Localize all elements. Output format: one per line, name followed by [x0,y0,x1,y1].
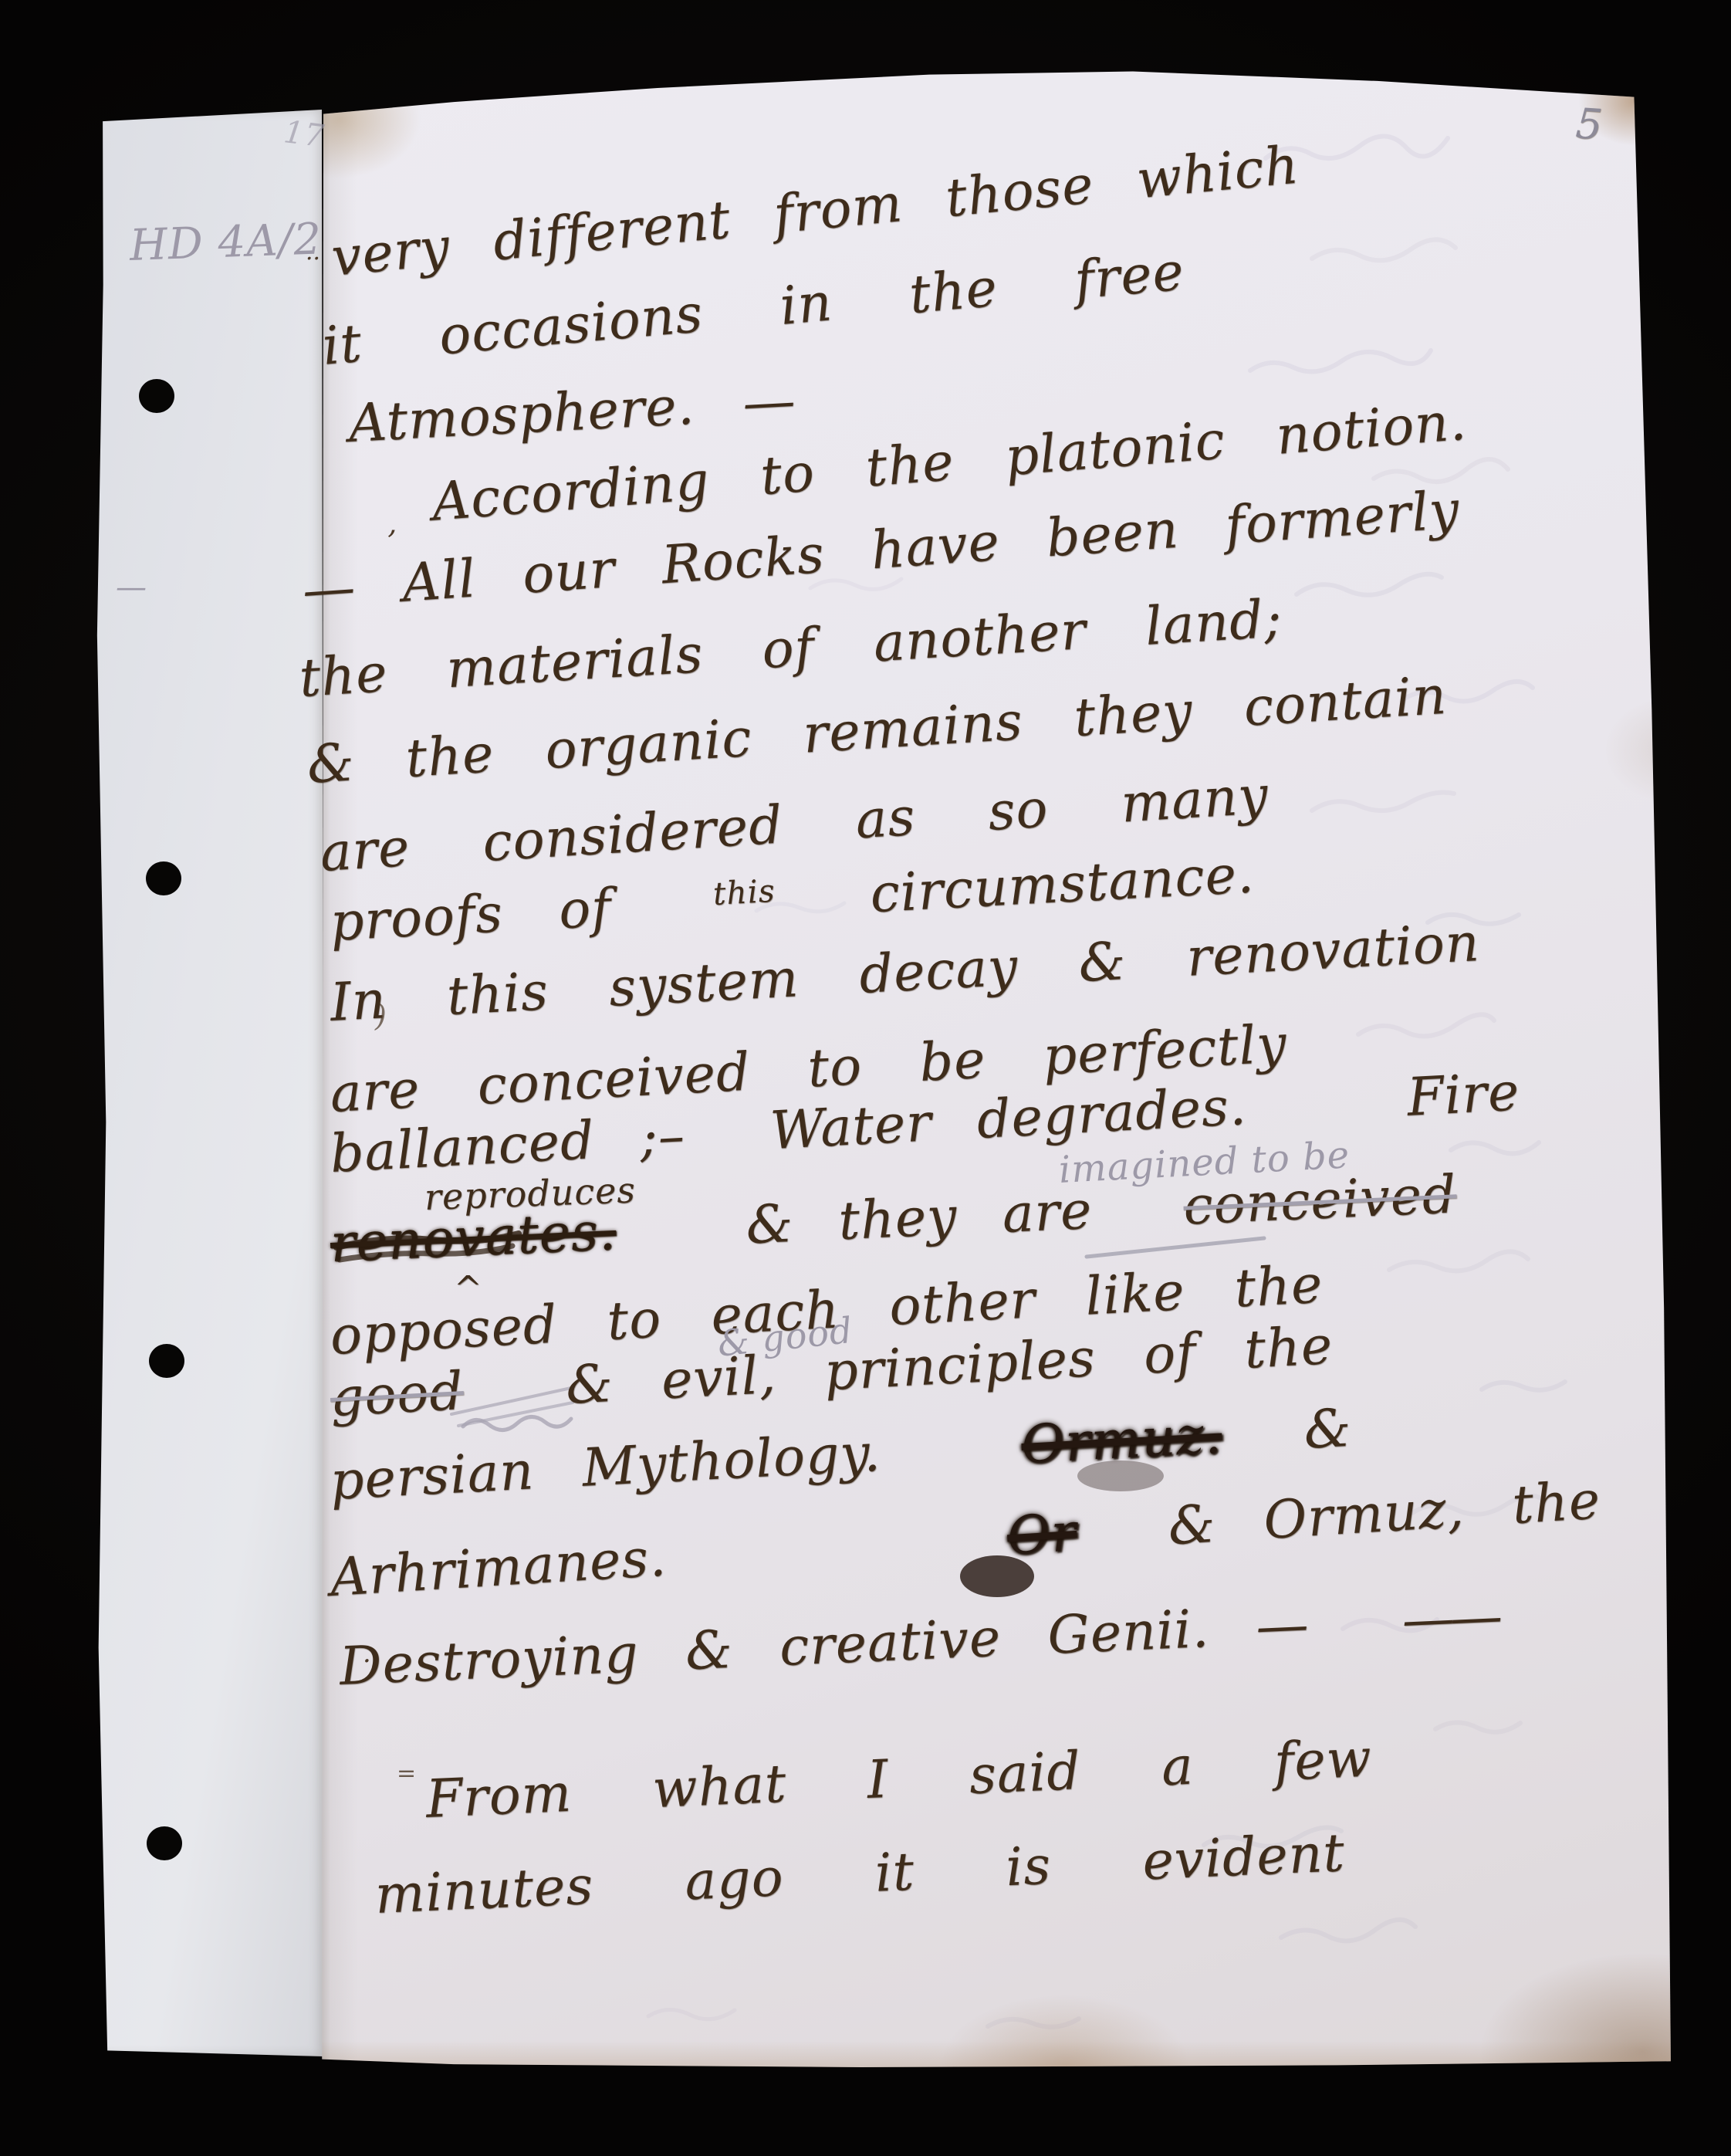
margin-mark-paren: ) [375,999,387,1033]
manuscript-text-blotted: Ormuz. [1020,1405,1224,1476]
margin-mark-dots: ·· [306,245,320,272]
manuscript-text-blotted: Or [1006,1502,1079,1567]
manuscript-text: —— [1401,1586,1499,1651]
hole-punch [139,379,174,413]
margin-mark-dot: · [363,1646,371,1677]
manuscript-text-struck: renovates. [329,1201,617,1274]
folio-number-pencil: 17 [282,114,326,154]
manuscript-photo: HD 4A/2 17 — 5 very different from those… [0,0,1731,2156]
binding-stub-page [91,110,324,2056]
hole-punch [149,1344,184,1378]
manuscript-text-pencil-struck: good [329,1361,465,1429]
hole-punch [146,861,181,895]
archive-reference-pencil: HD 4A/2 [129,214,323,271]
stub-dash-mark: — [116,570,147,605]
page-number: 5 [1574,99,1605,149]
manuscript-text: Fire [1405,1061,1521,1129]
margin-mark-comma: ‚ [387,506,397,540]
hole-punch [147,1826,182,1860]
margin-mark-equals: = [397,1760,416,1787]
manuscript-text: & [1303,1398,1354,1461]
manuscript-text-superscript: this [712,872,776,912]
manuscript-text-pencil-struck: conceived [1182,1164,1458,1237]
